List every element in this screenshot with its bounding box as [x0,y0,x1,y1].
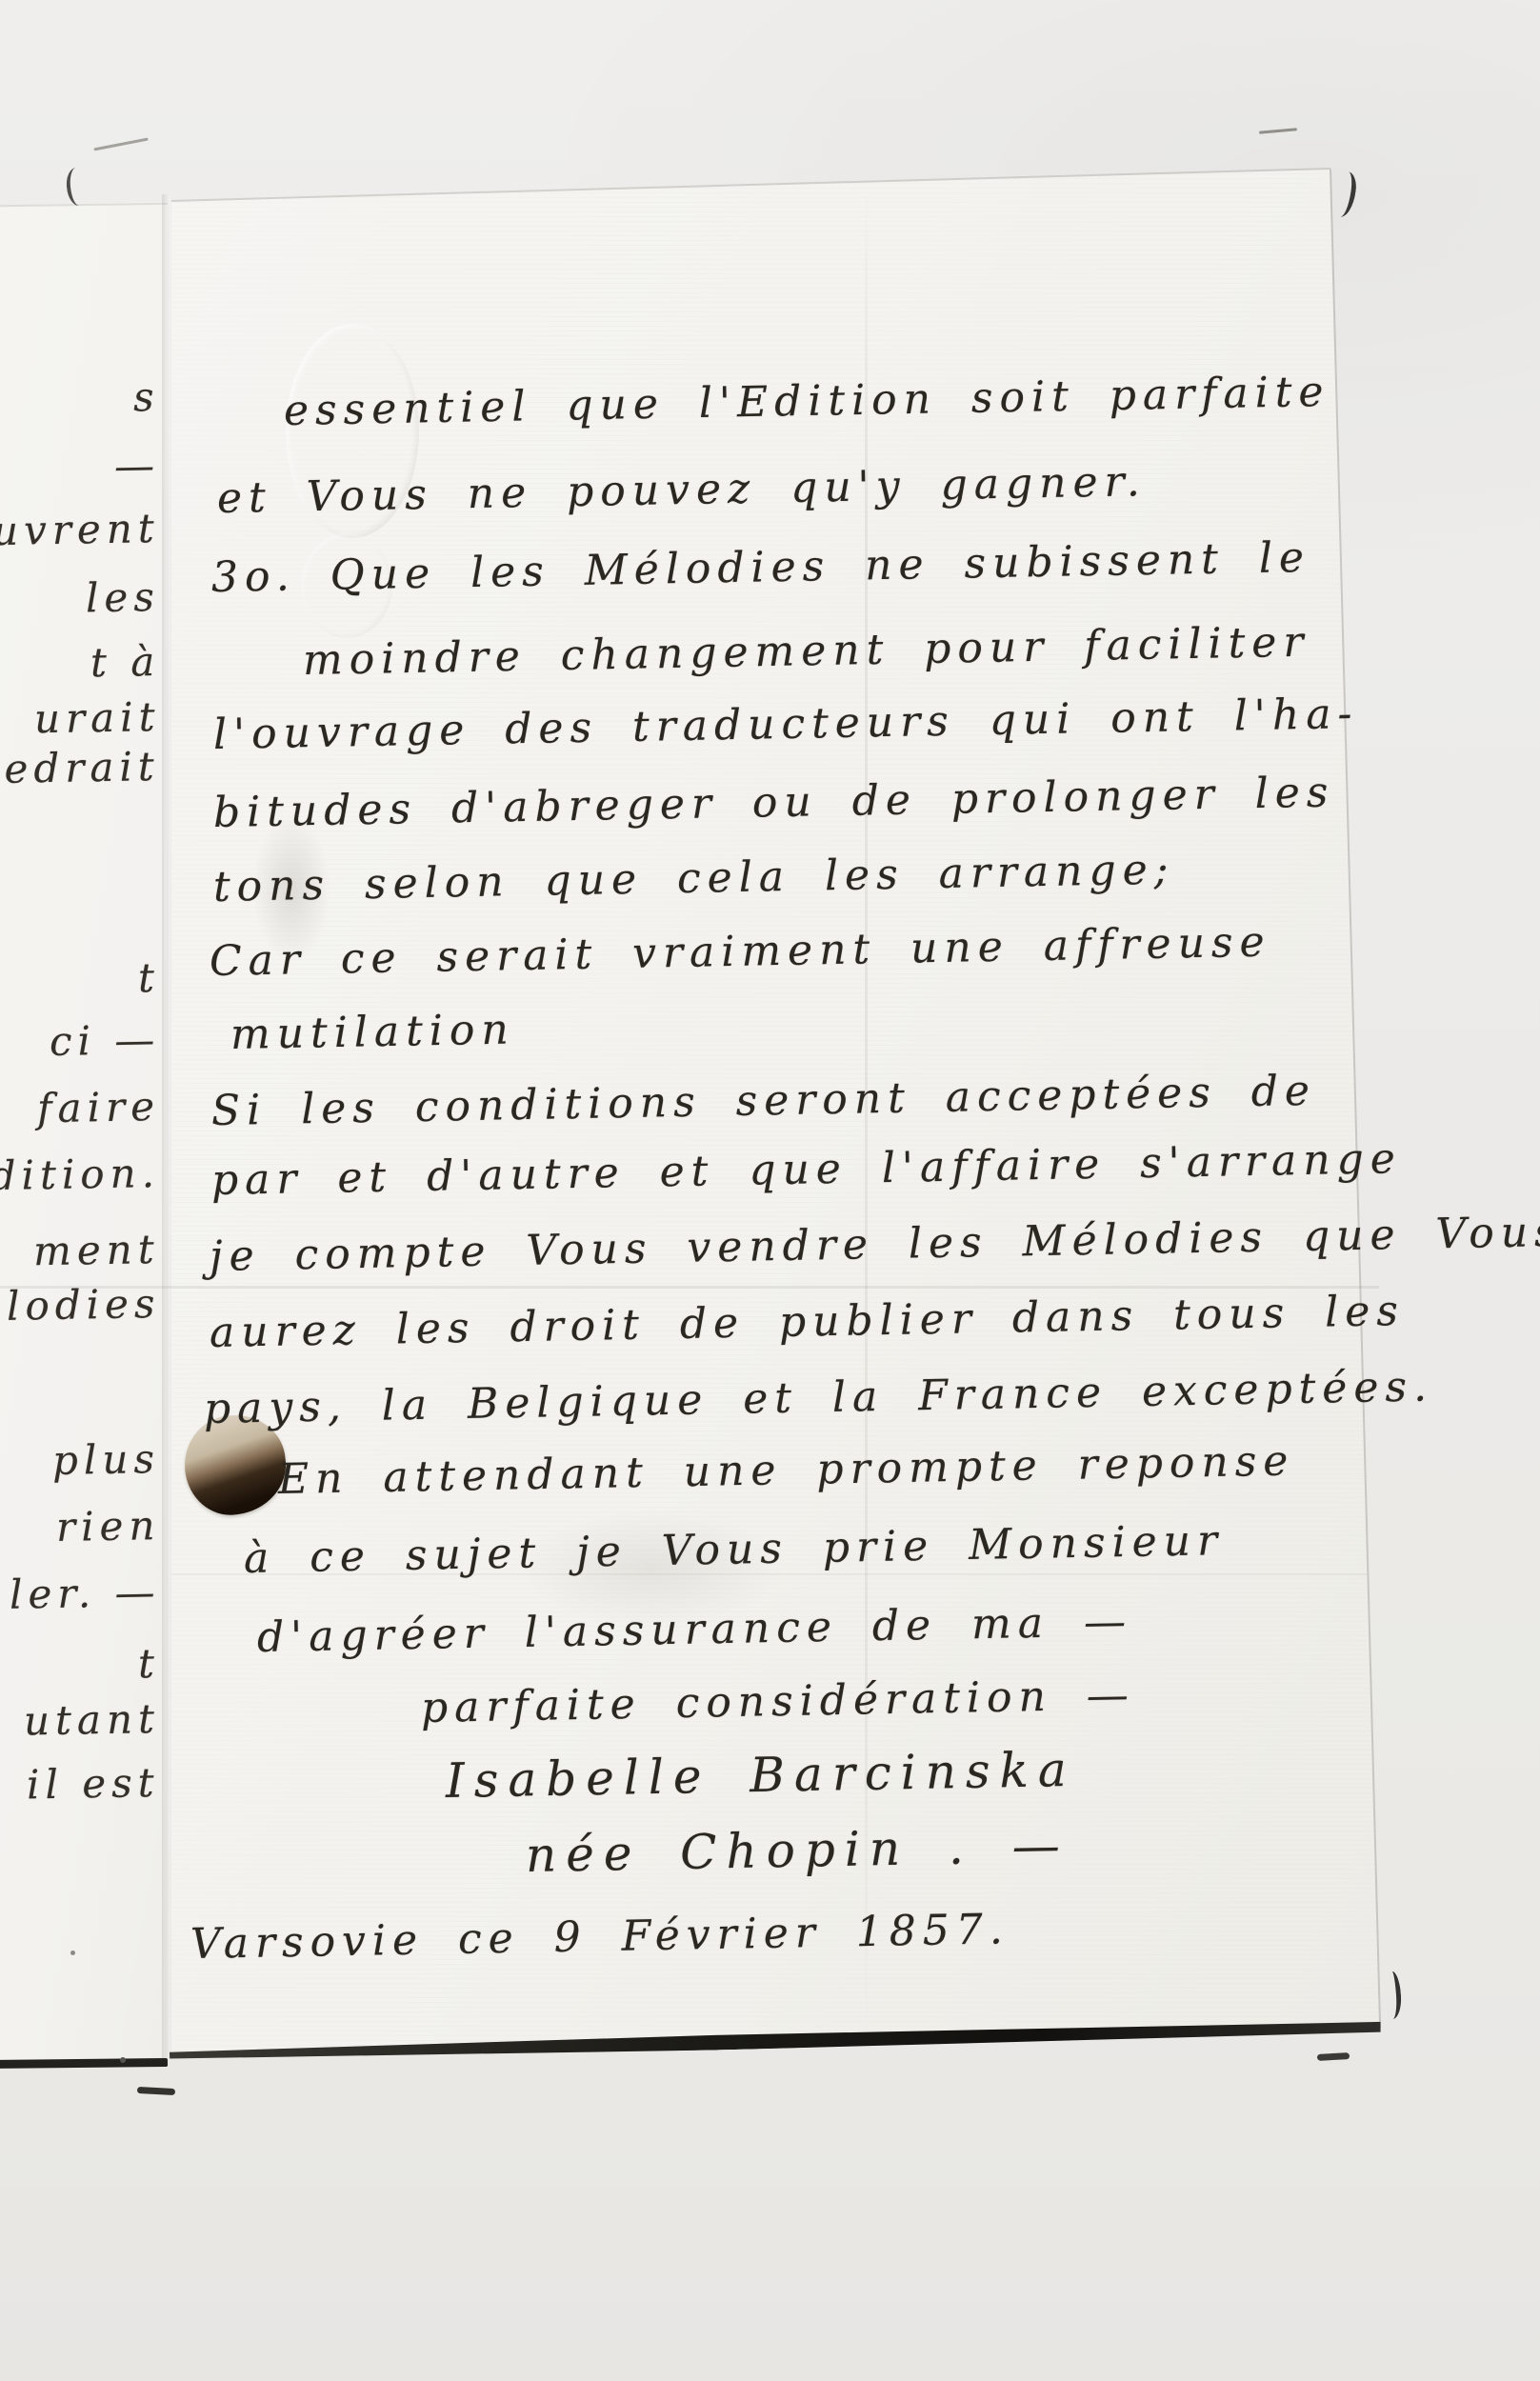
curved-ink-mark [65,167,88,207]
hook-ink-mark [1381,1971,1402,2019]
left-page-line-fragment: utant [24,1693,161,1747]
hook-ink-mark [1330,170,1358,219]
left-page-line-fragment: lodies [6,1278,160,1332]
left-page-line-fragment: plus [52,1433,161,1487]
left-page-line-fragment: uvrent [0,503,160,557]
left-page-line-fragment: il est [27,1757,160,1811]
left-page-line-fragment: ler. — [9,1567,160,1621]
sheet-seam-shadow [162,194,170,2059]
left-page-line-fragment: urait [33,691,160,745]
ink-dot-mark [120,2057,126,2063]
ink-dot-mark [70,1951,75,1955]
left-page-line-fragment: — [114,440,161,492]
letter-photograph: essentiel que l'Edition soit parfaite et… [0,0,1540,2381]
left-page-line-fragment: t à [90,636,160,689]
left-page-line-fragment: rien [55,1500,160,1553]
left-page-line-fragment: cedrait [0,741,160,795]
left-page-line-fragment: l'Edition. [0,1148,160,1203]
dash-ink-mark [1317,2052,1350,2061]
left-page-line-fragment: les [86,571,161,624]
left-page-line-fragment: ment [33,1224,161,1277]
left-page-line-fragment: t [138,952,161,1004]
signature: Isabelle Barcinska [445,1743,1076,1808]
letter-line: mutilation [230,1004,515,1062]
left-page-line-fragment: ci — [49,1014,160,1068]
signature-nee-chopin: née Chopin . — [525,1819,1070,1882]
left-page-line-fragment: s [133,371,161,423]
dash-ink-mark [137,2087,175,2095]
pencil-dash-mark [1259,128,1297,133]
left-page-line-fragment: t [138,1638,161,1690]
left-sheet-bottom-shadow-edge [0,2058,168,2069]
pencil-mark [93,137,149,150]
left-page-line-fragment: faire [37,1081,161,1134]
